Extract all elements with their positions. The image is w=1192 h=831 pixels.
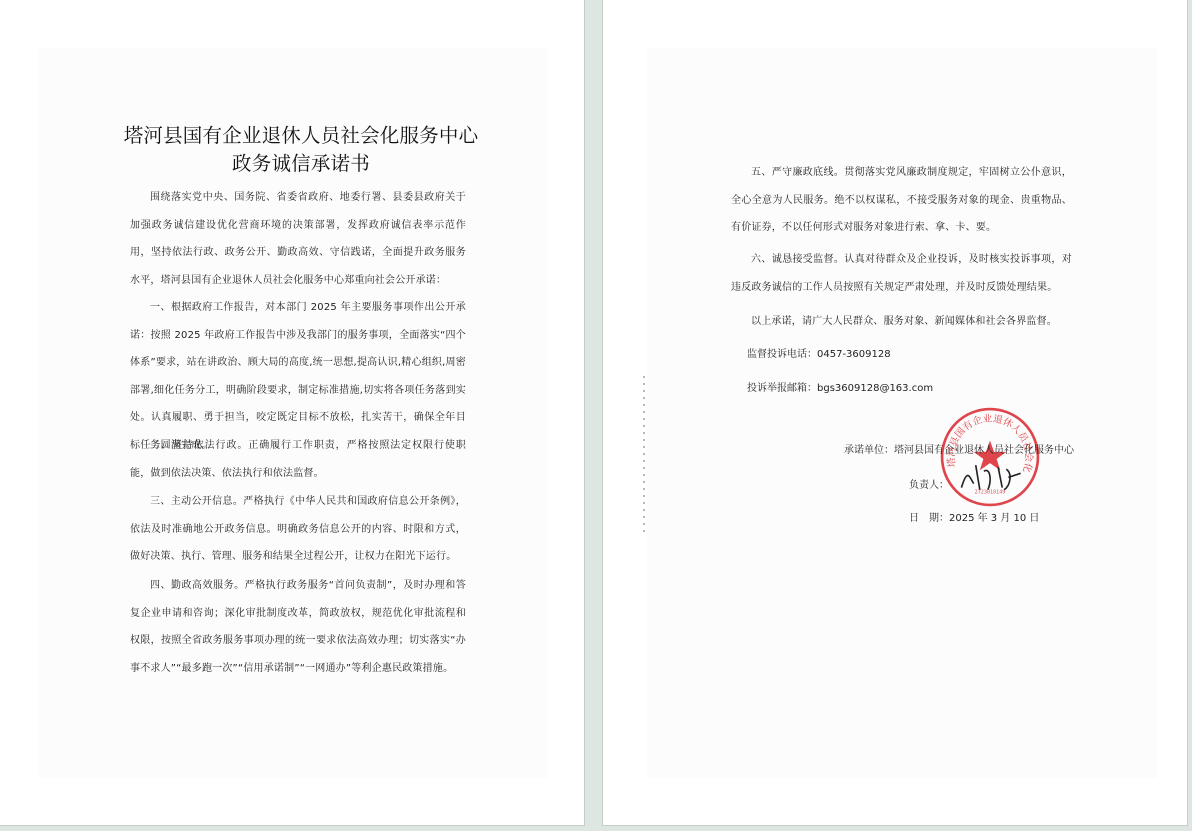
commitment-2: 二、坚持依法行政。正确履行工作职责，严格按照法定权限行使职能，做到依法决策、依法… <box>130 432 466 487</box>
unit-name: 塔河县国有企业退休人员社会化服务中心 <box>894 445 1074 456</box>
email-address: bgs3609128@163.com <box>817 383 933 394</box>
date-line: 日 期：2025 年 3 月 10 日 <box>909 512 1039 526</box>
svg-text:2723010149: 2723010149 <box>975 490 1006 496</box>
phone-line: 监督投诉电话：0457-3609128 <box>747 348 891 362</box>
phone-number: 0457-3609128 <box>817 349 891 360</box>
email-label: 投诉举报邮箱： <box>747 383 817 394</box>
unit-line: 承诺单位：塔河县国有企业退休人员社会化服务中心 <box>844 444 1074 458</box>
date-value: 2025 年 3 月 10 日 <box>949 513 1039 524</box>
email-line: 投诉举报邮箱：bgs3609128@163.com <box>747 382 933 396</box>
scan-artifact-marks <box>643 376 645 534</box>
commitment-4: 四、勤政高效服务。严格执行政务服务“首问负责制”，及时办理和答复企业申请和咨询；… <box>130 572 466 682</box>
date-label: 日 期： <box>909 513 949 524</box>
unit-label: 承诺单位： <box>844 445 894 456</box>
commitment-6: 六、诚恳接受监督。认真对待群众及企业投诉，及时核实投诉事项，对违反政务诚信的工作… <box>731 246 1072 301</box>
commitment-5: 五、严守廉政底线。贯彻落实党风廉政制度规定，牢固树立公仆意识，全心全意为人民服务… <box>731 159 1072 242</box>
phone-label: 监督投诉电话： <box>747 349 817 360</box>
person-line: 负责人： <box>909 479 949 493</box>
intro-paragraph: 围绕落实党中央、国务院、省委省政府、地委行署、县委县政府关于加强政务诚信建设优化… <box>130 184 466 294</box>
scanned-area <box>647 48 1157 778</box>
document-page-2: 五、严守廉政底线。贯彻落实党风廉政制度规定，牢固树立公仆意识，全心全意为人民服务… <box>602 0 1188 826</box>
page-title: 塔河县国有企业退休人员社会化服务中心政务诚信承诺书 <box>118 122 484 178</box>
closing-statement: 以上承诺，请广大人民群众、服务对象、新闻媒体和社会各界监督。 <box>731 308 1072 336</box>
document-page-1: 塔河县国有企业退休人员社会化服务中心政务诚信承诺书 围绕落实党中央、国务院、省委… <box>0 0 585 826</box>
person-label: 负责人： <box>909 480 949 491</box>
commitment-3: 三、主动公开信息。严格执行《中华人民共和国政府信息公开条例》，依法及时准确地公开… <box>130 488 466 571</box>
